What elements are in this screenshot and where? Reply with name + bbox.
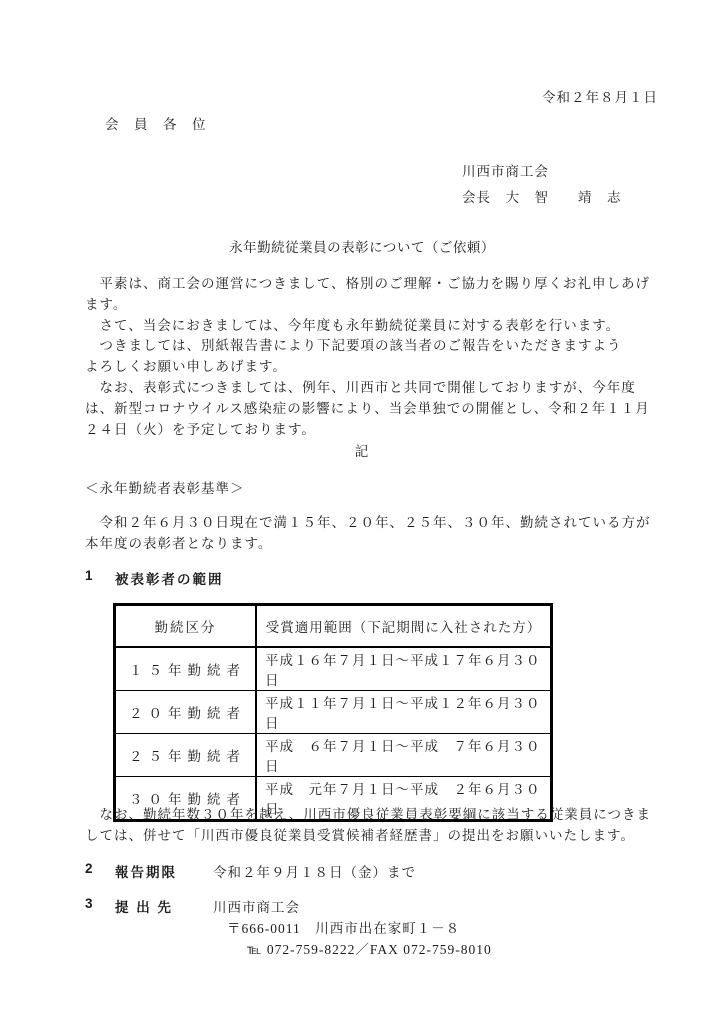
table-row: ２０年勤続者 平成１１年７月１日～平成１２年６月３０日	[115, 691, 552, 734]
section-2-label: 報告期限	[115, 861, 213, 881]
section-2-value: 令和２年９月１８日（金）まで	[213, 861, 416, 881]
category-cell: ２０年勤続者	[115, 691, 257, 734]
header-cell-range: 受賞適用範囲（下記期間に入社された方）	[256, 605, 552, 648]
section-3-row: 3 提 出 先 川西市商工会	[85, 896, 300, 916]
range-cell: 平成 ６年７月１日～平成 ７年６月３０日	[256, 734, 552, 777]
note-paragraph: なお、勤続年数３０年を越え、川西市優良従業員表彰要綱に該当する従業員につきま し…	[85, 805, 651, 847]
section-1-number: 1	[85, 568, 115, 583]
body-paragraphs: 平素は、商工会の運営につきまして、格別のご理解・ご協力を賜り厚くお礼申しあげ ま…	[85, 274, 650, 440]
date-line: 令和２年８月１日	[542, 86, 658, 106]
section-3-number: 3	[85, 896, 115, 911]
table-row: １５年勤続者 平成１６年７月１日～平成１７年６月３０日	[115, 647, 552, 691]
table-row: ２５年勤続者 平成 ６年７月１日～平成 ７年６月３０日	[115, 734, 552, 777]
document-title: 永年勤続従業員の表彰について（ご依頼）	[0, 236, 724, 256]
range-cell: 平成１６年７月１日～平成１７年６月３０日	[256, 647, 552, 691]
category-cell: ２５年勤続者	[115, 734, 257, 777]
section-1-heading: 1 被表彰者の範囲	[85, 568, 224, 588]
awards-table: 勤続区分 受賞適用範囲（下記期間に入社された方） １５年勤続者 平成１６年７月１…	[113, 603, 553, 822]
category-cell: １５年勤続者	[115, 647, 257, 691]
range-cell: 平成１１年７月１日～平成１２年６月３０日	[256, 691, 552, 734]
header-cell-category: 勤続区分	[115, 605, 257, 648]
table-header-row: 勤続区分 受賞適用範囲（下記期間に入社された方）	[115, 605, 552, 648]
section-3-value: 川西市商工会	[213, 896, 300, 916]
ki-marker: 記	[0, 440, 724, 460]
criteria-text: 令和２年６月３０日現在で満１５年、２０年、２５年、３０年、勤続されている方が 本…	[85, 513, 651, 555]
section-3-label: 提 出 先	[115, 896, 213, 916]
recipient-line: 会 員 各 位	[105, 113, 207, 133]
sender-org: 川西市商工会	[462, 160, 549, 180]
section-2-number: 2	[85, 861, 115, 876]
document-page: 令和２年８月１日 会 員 各 位 川西市商工会 会長 大 智 靖 志 永年勤続従…	[0, 0, 724, 1024]
tel-fax-line: ℡ 072-759-8222／FAX 072-759-8010	[247, 938, 492, 958]
awards-table-header: 勤続区分 受賞適用範囲（下記期間に入社された方）	[115, 605, 552, 648]
postal-address: 〒666-0011 川西市出在家町１－８	[227, 917, 460, 937]
criteria-heading: ＜永年勤続者表彰基準＞	[85, 477, 245, 497]
section-2-row: 2 報告期限 令和２年９月１８日（金）まで	[85, 861, 416, 881]
sender-name: 会長 大 智 靖 志	[462, 186, 622, 206]
section-1-label: 被表彰者の範囲	[115, 568, 224, 588]
